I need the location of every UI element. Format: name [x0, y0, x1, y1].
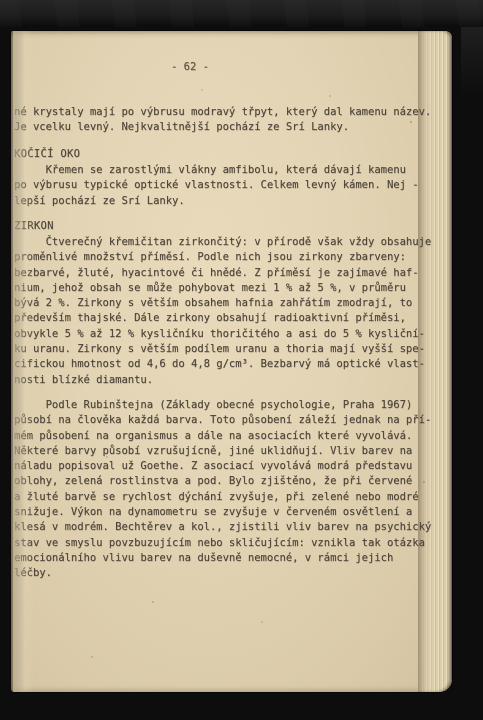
text-line: Některé barvy působí vzrušujícně, jiné u… — [14, 444, 446, 459]
text-line: obvykle 5 % až 12 % kysličníku thoričité… — [14, 327, 446, 342]
text-line: proměnlivé množství příměsí. Podle nich … — [14, 250, 446, 265]
text-line: oblohy, zelená rostlinstva a pod. Bylo z… — [14, 474, 446, 489]
text-line: ku uranu. Zirkony s větším podílem uranu… — [14, 342, 446, 357]
paragraph-zirkon: Čtverečný křemičitan zirkončitý: v příro… — [14, 235, 446, 388]
paragraph-kocici-oko: Křemen se zarostlými vlákny amfibolu, kt… — [14, 163, 446, 209]
text-line: lepší pochází ze Srí Lanky. — [14, 194, 446, 209]
text-line: Je vcelku levný. Nejkvalitnější pochází … — [14, 120, 446, 135]
backdrop-top-band — [0, 0, 483, 27]
text-line: nosti blízké diamantu. — [14, 373, 446, 388]
typewritten-text: - 62 - né krystaly mají po výbrusu modra… — [11, 31, 452, 692]
text-line: Podle Rubinštejna (Základy obecné psycho… — [14, 398, 446, 413]
text-line: a žluté barvě se rychlost dýchání zvyšuj… — [14, 490, 446, 505]
text-line: klesá v modrém. Bechtěrev a kol., zjisti… — [14, 520, 446, 535]
section-heading-kocici-oko: KOČIČÍ OKO — [14, 147, 446, 162]
section-heading-zirkon: ZIRKON — [14, 219, 446, 234]
text-line: především thajské. Dále zirkony obsahují… — [14, 311, 446, 326]
text-line: bezbarvé, žluté, hyacintové či hnědé. Z … — [14, 266, 446, 281]
page-number: - 62 - — [171, 60, 209, 75]
text-line: stav ve smyslu povzbuzujícím nebo skliču… — [14, 536, 446, 551]
paragraph-continuation: né krystaly mají po výbrusu modravý třpy… — [14, 105, 446, 136]
text-line: né krystaly mají po výbrusu modravý třpy… — [14, 105, 446, 120]
text-line: působí na člověka každá barva. Toto půso… — [14, 413, 446, 428]
text-line: nium, jehož obsah se může pohybovat mezi… — [14, 281, 446, 296]
text-line: náladu popisoval už Goethe. Z asociací v… — [14, 459, 446, 474]
text-line: Křemen se zarostlými vlákny amfibolu, kt… — [14, 163, 446, 178]
text-line: léčby. — [14, 566, 446, 581]
book-page: - 62 - né krystaly mají po výbrusu modra… — [11, 31, 452, 692]
text-line: snižuje. Výkon na dynamometru se zvyšuje… — [14, 505, 446, 520]
text-line: bývá 2 %. Zirkony s větším obsahem hafni… — [14, 296, 446, 311]
text-line: po výbrusu typické optické vlastnosti. C… — [14, 178, 446, 193]
paragraph-barvy: Podle Rubinštejna (Základy obecné psycho… — [14, 398, 446, 582]
text-line: Čtverečný křemičitan zirkončitý: v příro… — [14, 235, 446, 250]
text-line: cifickou hmotnost od 4,6 do 4,8 g/cm³. B… — [14, 357, 446, 372]
backdrop-right-shade — [461, 27, 483, 97]
text-line: emocionálního vlivu barev na duševně nem… — [14, 551, 446, 566]
scanned-book-photo: - 62 - né krystaly mají po výbrusu modra… — [0, 0, 483, 720]
text-line: mém působení na organismus a dále na aso… — [14, 429, 446, 444]
